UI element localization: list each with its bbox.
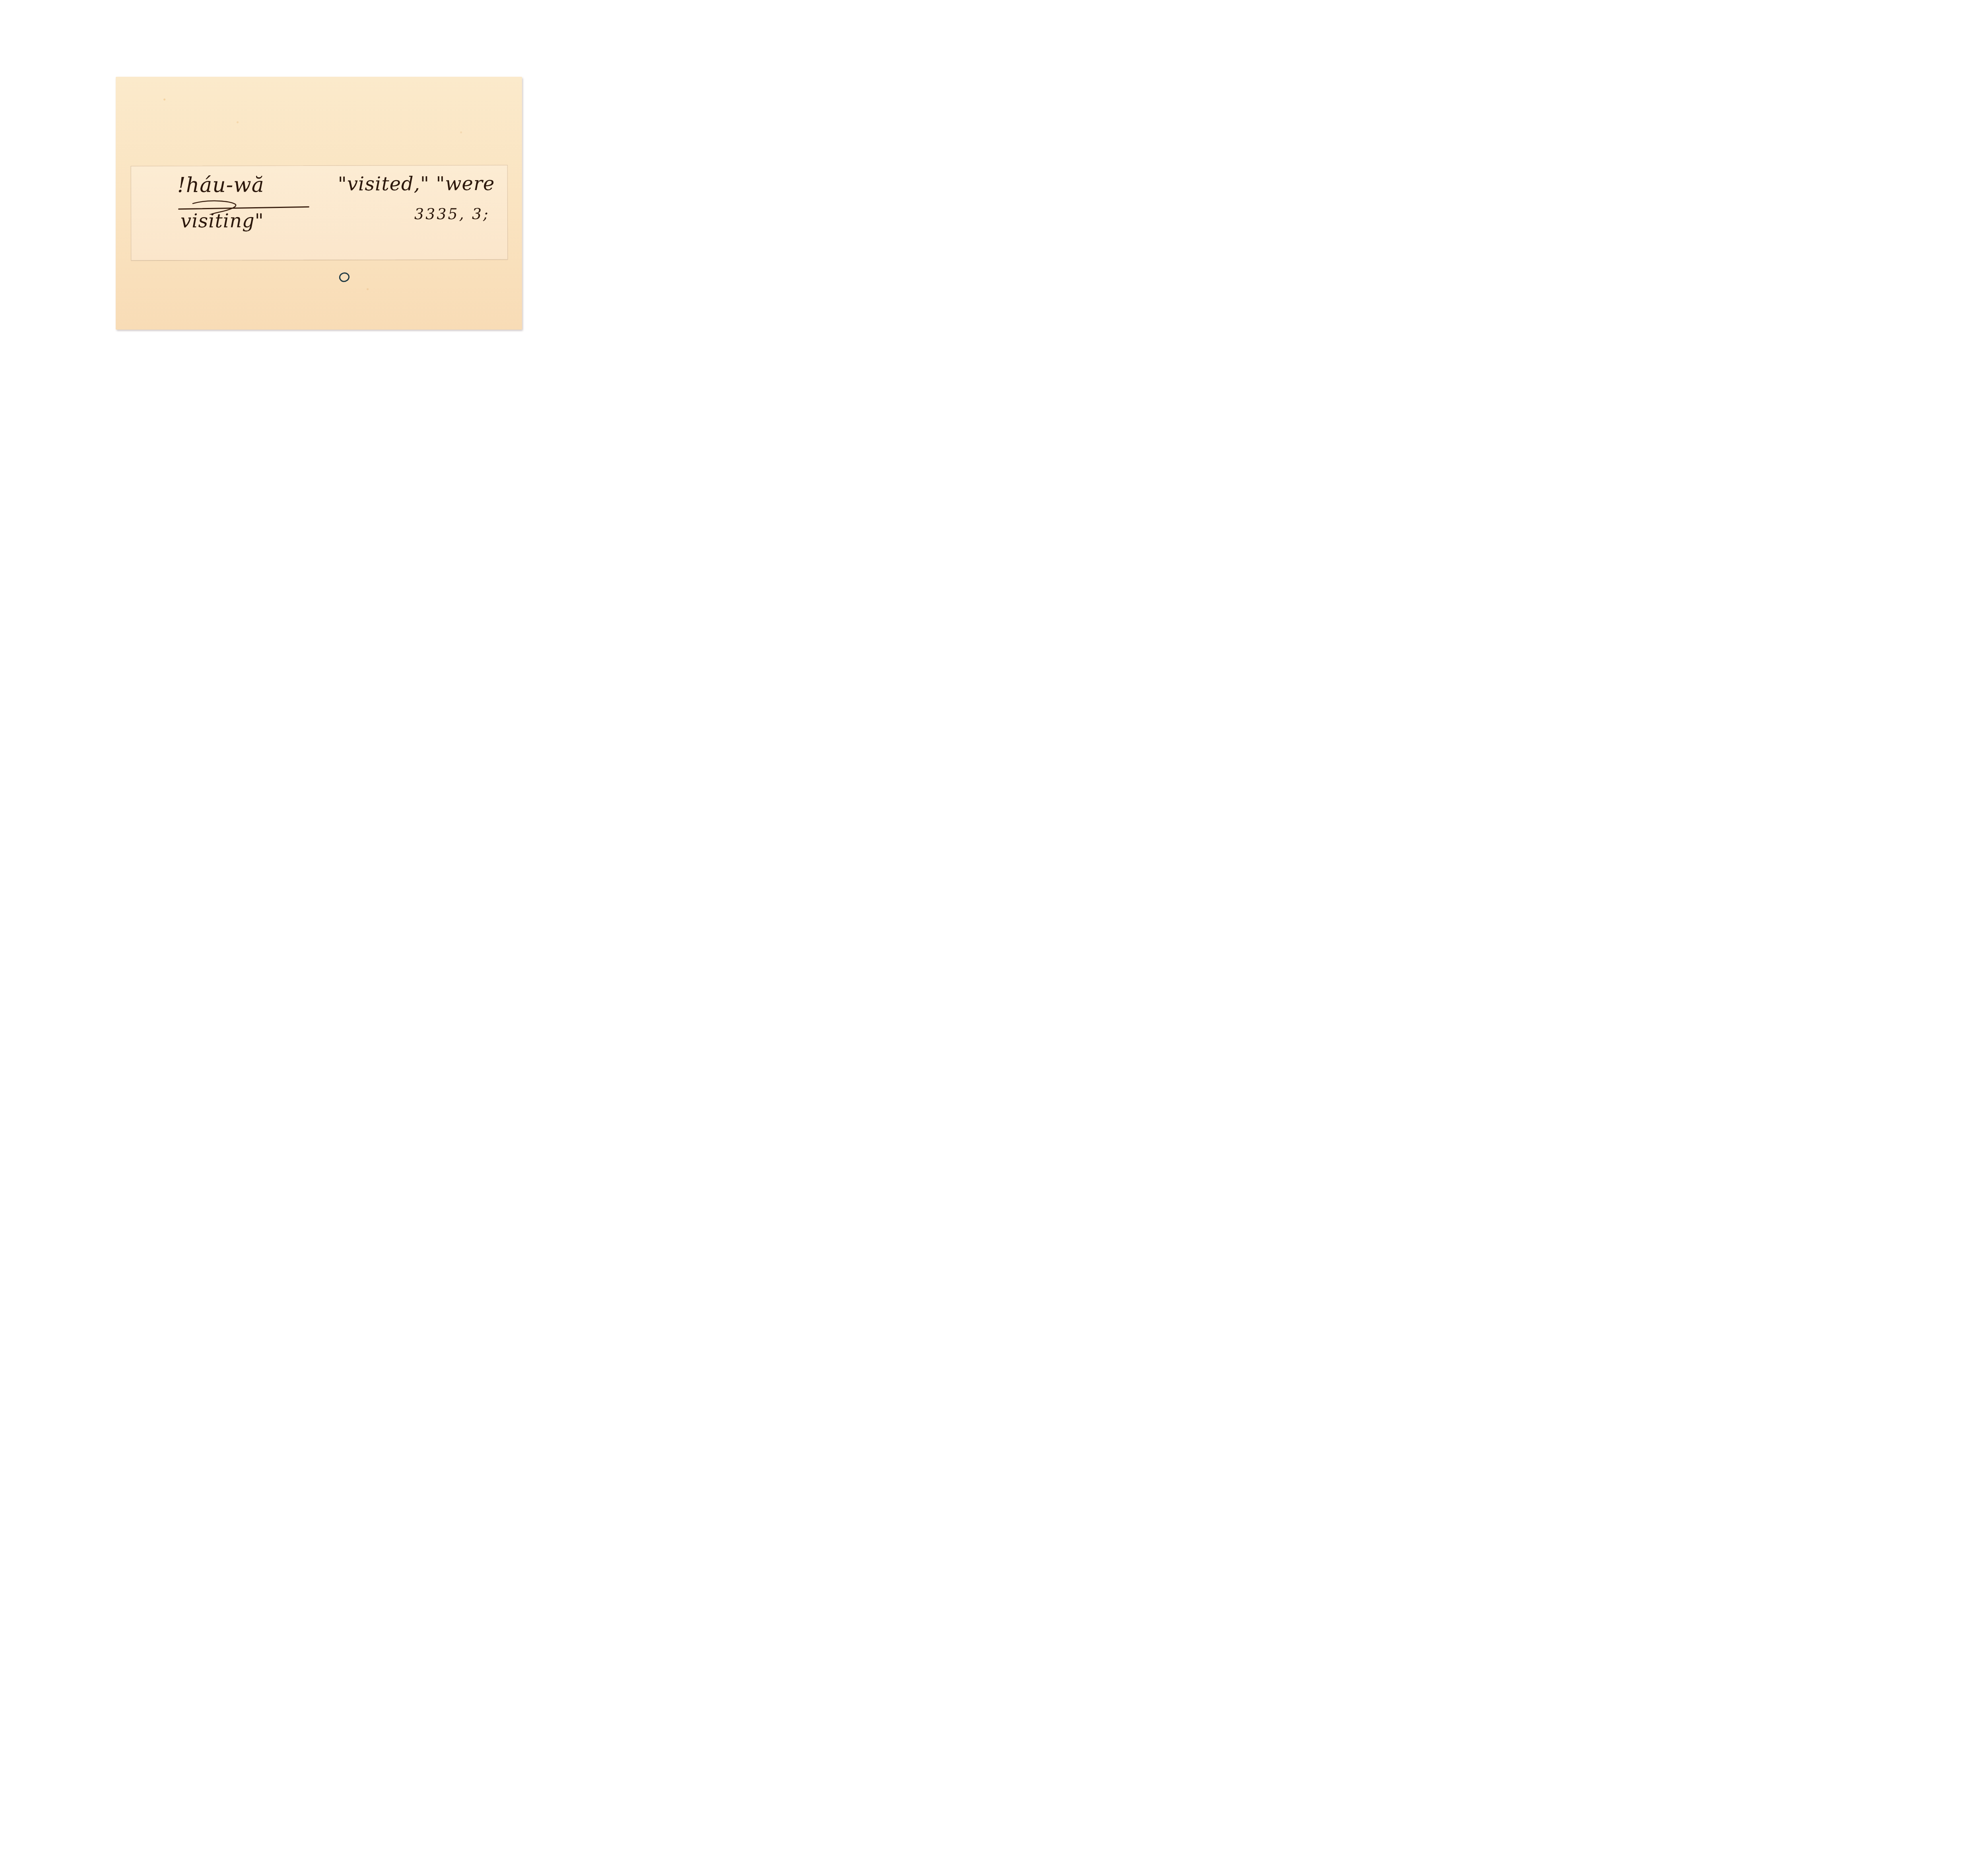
circle-mark [337, 270, 351, 284]
gloss-line-1: "visited," "were [338, 173, 495, 195]
headword: !háu-wă [177, 173, 264, 197]
gloss-line-2: visiting" [181, 210, 264, 232]
archival-card: !háu-wă "visited," "were visiting" 3335,… [116, 77, 522, 330]
pasted-slip: !háu-wă "visited," "were visiting" 3335,… [131, 165, 508, 260]
reference-number: 3335, 3; [414, 205, 490, 223]
